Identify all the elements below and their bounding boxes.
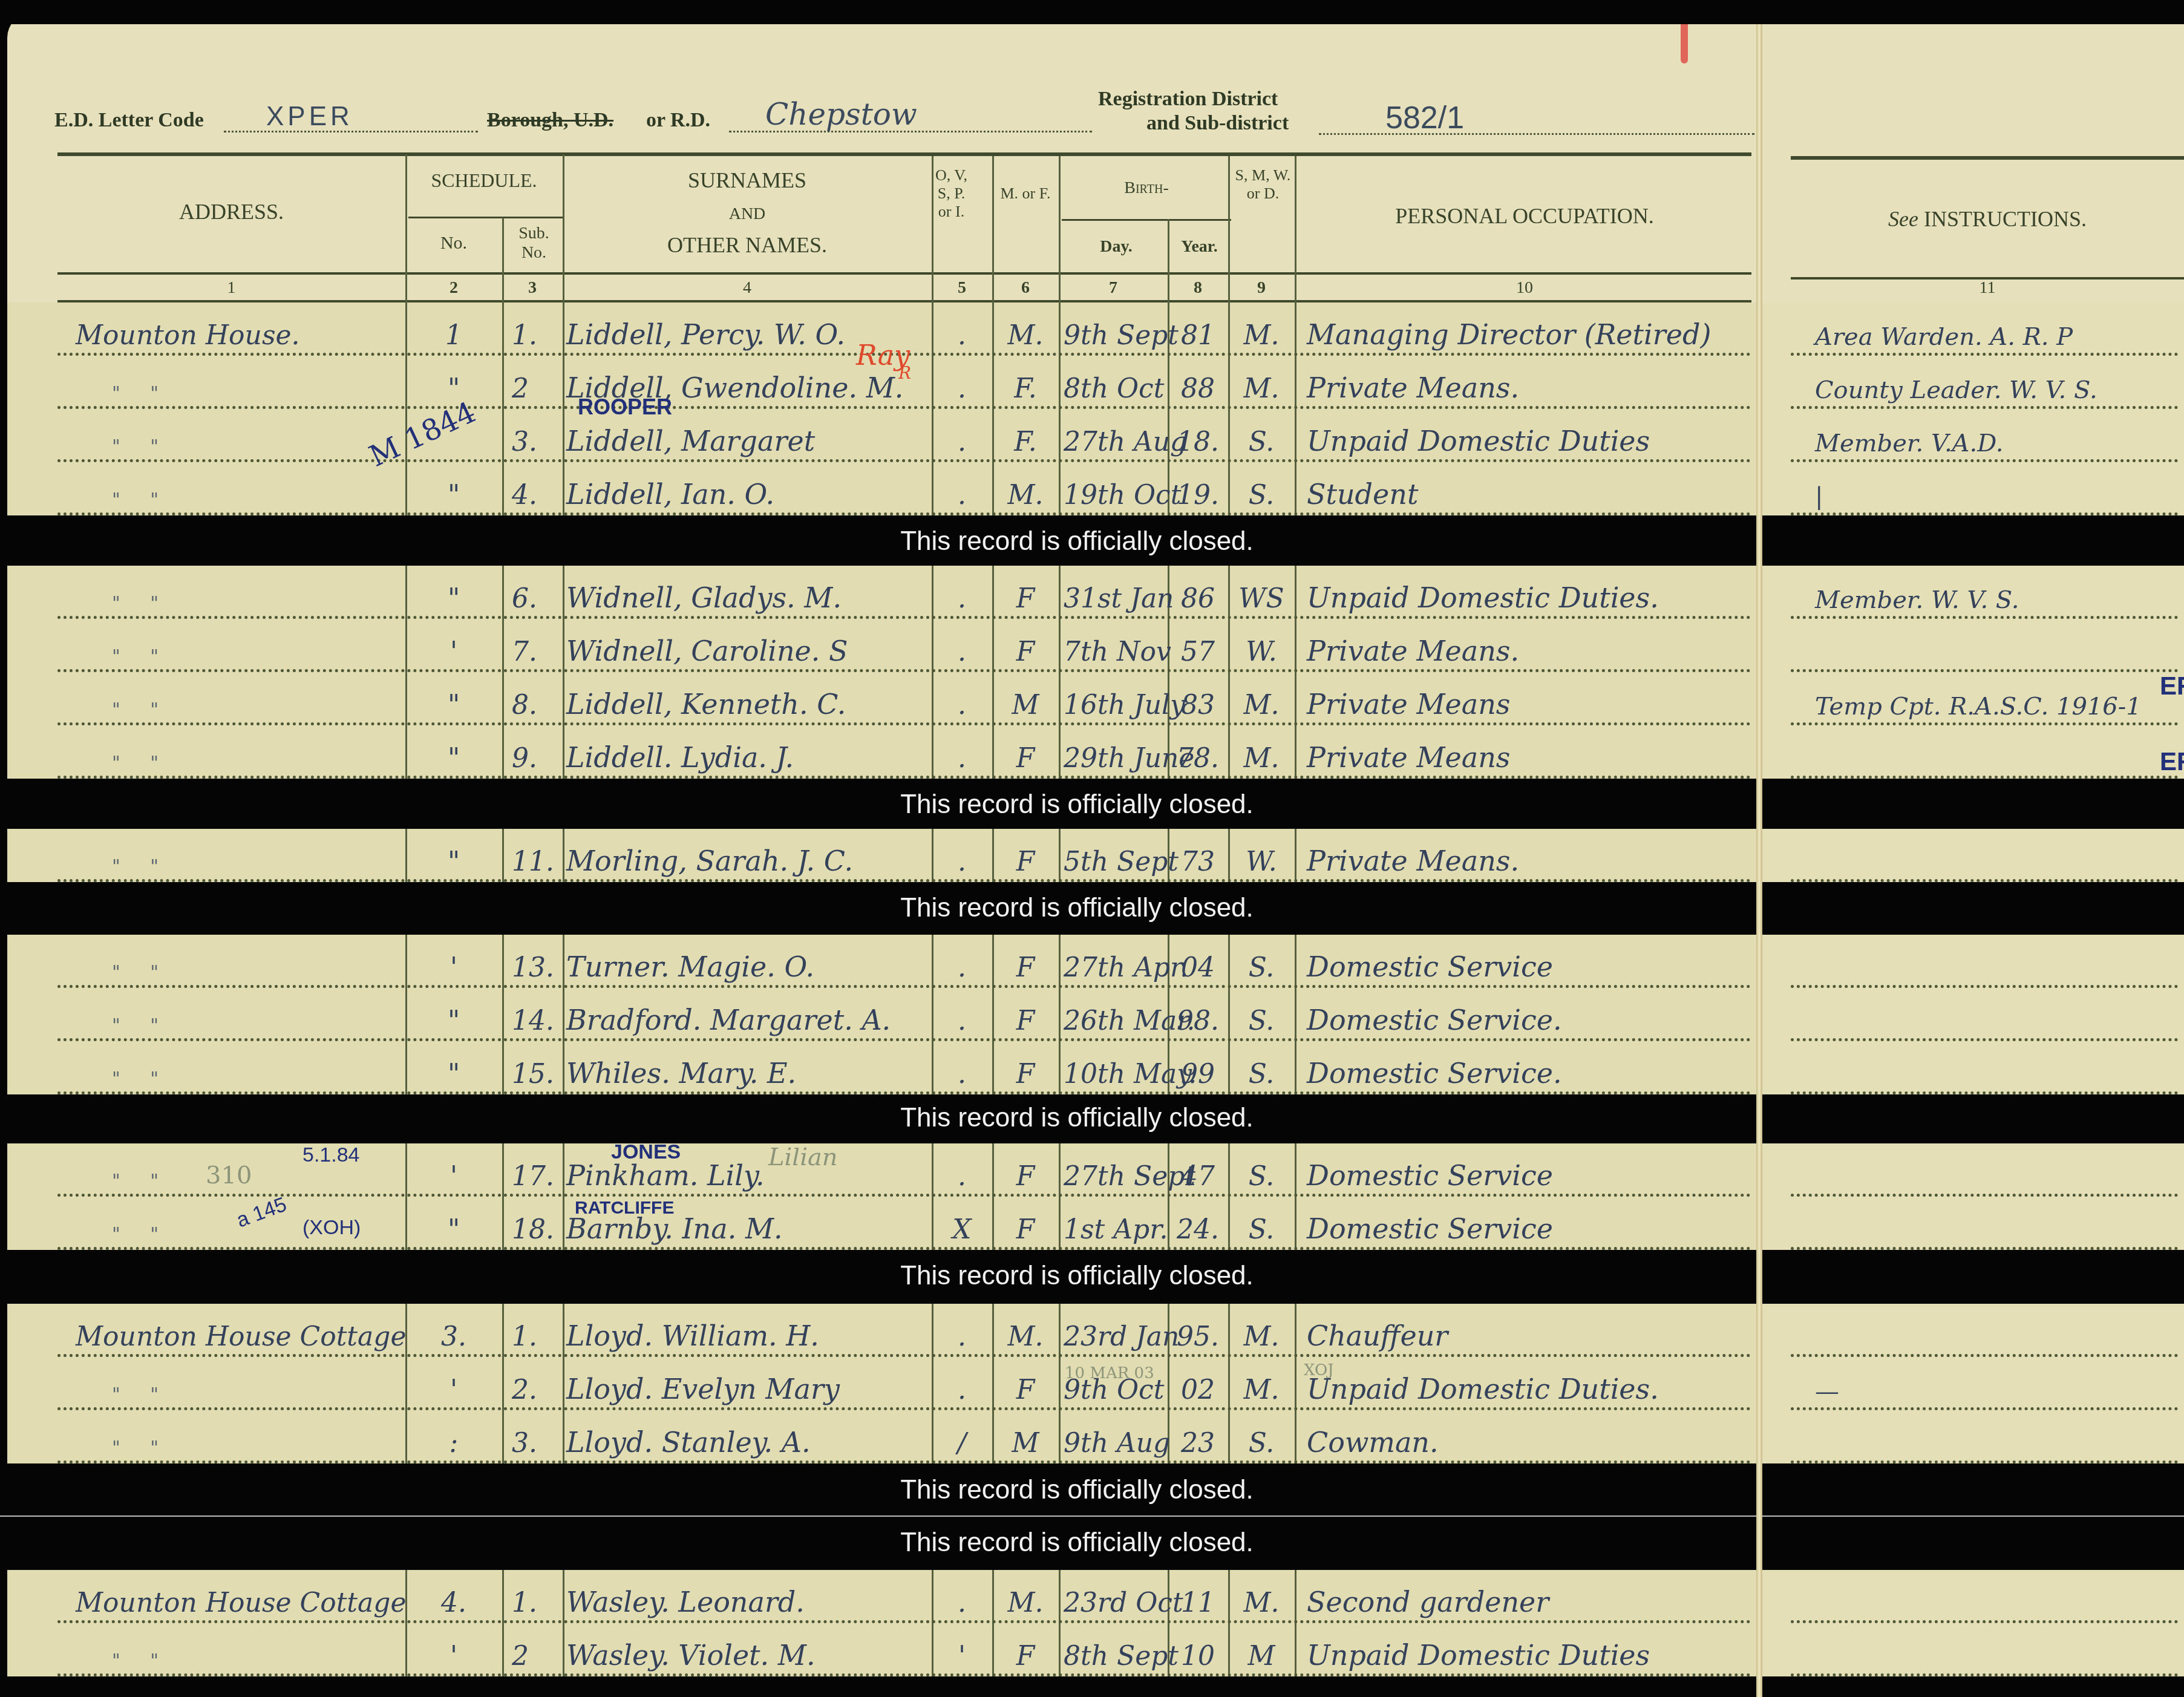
cell-name: Lloyd. William. H.	[566, 1319, 932, 1352]
cell-ovspi: X	[932, 1214, 992, 1245]
cell-sub: 1.	[512, 1587, 563, 1618]
cell-sched: "	[405, 1214, 502, 1245]
table-row[interactable]: " ""11.Morling, Sarah. J. C..F5th Sept73…	[0, 829, 2184, 882]
header-top-rule-right	[1791, 156, 2184, 160]
table-row[interactable]: " ""6.Widnell, Gladys. M..F31st Jan86WSU…	[0, 566, 2184, 619]
cell-sex: F	[992, 846, 1059, 877]
cell-sub: 13.	[512, 952, 563, 983]
cell-ovspi: .	[932, 846, 992, 877]
table-row[interactable]: " ""14.Bradford. Margaret. A..F26th Mar.…	[0, 988, 2184, 1041]
cell-sex: F	[992, 1161, 1059, 1192]
cell-day: 27th Apr.	[1064, 952, 1168, 983]
cell-sub: 7.	[512, 636, 563, 667]
cell-year: 04	[1168, 952, 1228, 983]
cell-ovspi: .	[932, 1321, 992, 1352]
cell-ovspi: .	[932, 320, 992, 351]
cell-sched: '	[405, 1375, 502, 1405]
cell-day: 16th July	[1064, 690, 1168, 721]
annotation-blue-rooper: ROOPER	[578, 394, 672, 420]
closed-record-bar: This record is officially closed.	[0, 882, 2184, 934]
cell-sub: 2	[512, 1641, 563, 1672]
cell-day: 27th Aug	[1064, 427, 1168, 457]
cell-status: S.	[1228, 952, 1295, 983]
annotation-blue-er-2: ER	[2160, 747, 2184, 776]
cell-address: " "	[76, 646, 442, 667]
cell-day: 26th Mar.	[1064, 1005, 1168, 1036]
cell-name: Pinkham. Lily.	[566, 1159, 932, 1192]
cell-occupation: Managing Director (Retired)	[1307, 318, 1754, 351]
cell-sched: '	[405, 952, 502, 983]
cell-year: 23	[1168, 1428, 1228, 1459]
cell-year: 24.	[1168, 1214, 1228, 1245]
closed-record-bar: This record is officially closed.	[0, 1250, 2184, 1301]
col-surnames: SURNAMES	[563, 168, 932, 193]
cell-sched: '	[405, 1641, 502, 1672]
cell-sex: F	[992, 1059, 1059, 1090]
cell-year: 57	[1168, 636, 1228, 667]
cell-status: W.	[1228, 846, 1295, 877]
cell-ovspi: .	[932, 1587, 992, 1618]
cell-sex: M	[992, 1428, 1059, 1459]
table-row[interactable]: " ""15.Whiles. Mary. E..F10th May.99S.Do…	[0, 1041, 2184, 1094]
cell-year: 99	[1168, 1059, 1228, 1090]
cell-sex: M.	[992, 320, 1059, 351]
cell-sex: F	[992, 1641, 1059, 1672]
table-row[interactable]: " ":3.Lloyd. Stanley. A./M9th Aug23S.Cow…	[0, 1410, 2184, 1463]
cell-occupation: Private Means.	[1307, 371, 1754, 404]
closed-record-notice: This record is officially closed.	[0, 893, 2154, 923]
record-strip: " ""11.Morling, Sarah. J. C..F5th Sept73…	[0, 829, 2184, 882]
closed-record-notice: This record is officially closed.	[0, 790, 2154, 820]
cell-day: 5th Sept	[1064, 846, 1168, 877]
cell-name: Liddell, Ian. O.	[566, 478, 932, 511]
cell-day: 19th Oct	[1064, 480, 1168, 511]
cell-status: M.	[1228, 1587, 1295, 1618]
cell-address: " "	[76, 856, 442, 877]
cell-sex: M.	[992, 480, 1059, 511]
cell-year: 18.	[1168, 427, 1228, 457]
closed-record-notice: This record is officially closed.	[0, 1475, 2154, 1505]
table-row[interactable]: " ""9.Liddell. Lydia. J..F29th June78.M.…	[0, 725, 2184, 779]
colnum-10: 10	[1295, 278, 1754, 298]
cell-sub: 8.	[512, 690, 563, 721]
registration-label-2: and Sub-district	[1146, 112, 1289, 135]
cell-occupation: Private Means	[1307, 741, 1754, 774]
cell-instructions: |	[1815, 483, 2178, 511]
cell-sub: 1.	[512, 320, 563, 351]
scan-top-edge	[0, 0, 2184, 24]
cell-status: W.	[1228, 636, 1295, 667]
colnum-1: 1	[57, 278, 405, 298]
cell-sub: 3.	[512, 427, 563, 457]
cell-day: 9th Aug	[1064, 1428, 1168, 1459]
closed-record-bar: This record is officially closed.	[0, 1094, 2184, 1142]
cell-status: M.	[1228, 1375, 1295, 1405]
cell-sub: 17.	[512, 1161, 563, 1192]
cell-sex: F.	[992, 427, 1059, 457]
cell-address: " "	[76, 489, 442, 511]
cell-sub: 15.	[512, 1059, 563, 1090]
register-page-left	[7, 13, 1757, 304]
cell-status: S.	[1228, 1005, 1295, 1036]
borough-label: or R.D.	[646, 109, 710, 132]
cell-sub: 18.	[512, 1214, 563, 1245]
cell-address: " "	[76, 1224, 442, 1245]
ed-letter-code-value: XPER	[266, 102, 353, 132]
cell-sub: 11.	[512, 846, 563, 877]
cell-occupation: Student	[1307, 478, 1754, 511]
annotation-blue-er-1: ER	[2160, 672, 2184, 701]
header-top-rule	[57, 152, 1751, 156]
birth-sub-rule	[1062, 219, 1231, 221]
table-row[interactable]: " ""2Liddell, Gwendoline. M..F.8th Oct88…	[0, 356, 2184, 409]
cell-name: Liddell, Margaret	[566, 425, 932, 457]
table-row[interactable]: Mounton House Cottage3.1.Lloyd. William.…	[0, 1304, 2184, 1357]
cell-status: S.	[1228, 427, 1295, 457]
cell-name: Widnell, Caroline. S	[566, 635, 932, 667]
cell-year: 19.	[1168, 480, 1228, 511]
cell-year: 02	[1168, 1375, 1228, 1405]
colnum-9: 9	[1228, 278, 1295, 298]
cell-occupation: Unpaid Domestic Duties.	[1307, 581, 1754, 614]
closed-record-notice: This record is officially closed.	[0, 1103, 2154, 1133]
cell-instructions: County Leader. W. V. S.	[1815, 376, 2178, 404]
cell-sched: '	[405, 636, 502, 667]
cell-address: Mounton House Cottage	[76, 1587, 405, 1618]
cell-sched: 4.	[405, 1587, 502, 1618]
cell-status: M	[1228, 1641, 1295, 1672]
cell-sched: 1	[405, 320, 502, 351]
cell-day: 29th June	[1064, 743, 1168, 774]
registration-line	[1319, 133, 1754, 135]
cell-name: Whiles. Mary. E.	[566, 1057, 932, 1090]
cell-ovspi: .	[932, 1005, 992, 1036]
cell-sub: 4.	[512, 480, 563, 511]
col-other-names: OTHER NAMES.	[563, 233, 932, 258]
cell-year: 11	[1168, 1587, 1228, 1618]
closed-record-notice: This record is officially closed.	[0, 526, 2154, 557]
cell-instructions: Area Warden. A. R. P	[1815, 323, 2178, 351]
col-instructions: See INSTRUCTIONS.	[1791, 207, 2184, 232]
cell-sched: "	[405, 1059, 502, 1090]
cell-address: " "	[76, 753, 442, 774]
col-sex: M. or F.	[995, 185, 1056, 203]
cell-ovspi: '	[932, 1641, 992, 1672]
cell-instructions: Member. W. V. S.	[1815, 586, 2178, 614]
col-schedule-sub: Sub. No.	[505, 224, 563, 263]
cell-name: Lloyd. Evelyn Mary	[566, 1373, 932, 1405]
cell-address: " "	[76, 1650, 442, 1672]
cell-sched: "	[405, 1005, 502, 1036]
cell-day: 8th Sept	[1064, 1641, 1168, 1672]
cell-sub: 6.	[512, 583, 563, 614]
cell-ovspi: .	[932, 583, 992, 614]
cell-sub: 9.	[512, 743, 563, 774]
cell-address: " "	[76, 699, 442, 721]
record-strip: " "'13.Turner. Magie. O..F27th Apr.04S.D…	[0, 935, 2184, 1094]
cell-occupation: Unpaid Domestic Duties	[1307, 1639, 1754, 1672]
cell-occupation: Private Means.	[1307, 845, 1754, 877]
cell-year: 88	[1168, 373, 1228, 404]
register-page-right	[1761, 24, 2184, 304]
cell-instructions: —	[1815, 1378, 2178, 1405]
cell-occupation: Private Means	[1307, 688, 1754, 721]
cell-day: 23rd Jan	[1064, 1321, 1168, 1352]
cell-occupation: Chauffeur	[1307, 1319, 1754, 1352]
cell-address: " "	[76, 1068, 442, 1090]
cell-status: WS	[1228, 583, 1295, 614]
cell-occupation: Second gardener	[1307, 1586, 1754, 1618]
col-occupation: PERSONAL OCCUPATION.	[1295, 204, 1754, 229]
colnum-8: 8	[1168, 278, 1228, 298]
annotation-blue-date: 5.1.84	[302, 1143, 360, 1167]
cell-sex: F	[992, 1375, 1059, 1405]
cell-sched: 3.	[405, 1321, 502, 1352]
cell-sched: "	[405, 846, 502, 877]
cell-status: M.	[1228, 690, 1295, 721]
table-row[interactable]: " "'7.Widnell, Caroline. S.F7th Nov57W.P…	[0, 619, 2184, 672]
col-birth-day: Day.	[1062, 237, 1171, 257]
cell-day: 23rd Oct	[1064, 1587, 1168, 1618]
cell-sched: "	[405, 373, 502, 404]
col-address: ADDRESS.	[57, 200, 405, 224]
annotation-faint-date: 10 MAR 03	[1065, 1364, 1154, 1382]
cell-name: Morling, Sarah. J. C.	[566, 845, 932, 877]
cell-address: " "	[76, 1171, 442, 1192]
cell-occupation: Private Means.	[1307, 635, 1754, 667]
cell-name: Wasley. Leonard.	[566, 1586, 932, 1618]
cell-sex: F	[992, 952, 1059, 983]
cell-address: " "	[76, 383, 442, 404]
cell-ovspi: .	[932, 1375, 992, 1405]
cell-name: Bradford. Margaret. A.	[566, 1004, 932, 1036]
table-row[interactable]: " ""8.Liddell, Kenneth. C..M16th July83M…	[0, 672, 2184, 725]
cell-sched: "	[405, 583, 502, 614]
annotation-red-r: R	[898, 363, 911, 383]
cell-day: 8th Oct	[1064, 373, 1168, 404]
closed-record-bar: This record is officially closed.	[0, 779, 2184, 830]
cell-year: 83	[1168, 690, 1228, 721]
cell-status: S.	[1228, 1059, 1295, 1090]
table-row[interactable]: Mounton House.11.Liddell, Percy. W. O..M…	[0, 302, 2184, 356]
cell-occupation: Domestic Service	[1307, 950, 1754, 983]
cell-year: 73	[1168, 846, 1228, 877]
colnum-7: 7	[1059, 278, 1168, 298]
cell-sub: 14.	[512, 1005, 563, 1036]
cell-sub: 2	[512, 373, 563, 404]
table-row[interactable]: " ""4.Liddell, Ian. O..M.19th Oct19.S.St…	[0, 462, 2184, 515]
cell-sched: "	[405, 743, 502, 774]
cell-day: 9th Sept	[1064, 320, 1168, 351]
record-strip: Mounton House Cottage4.1.Wasley. Leonard…	[0, 1570, 2184, 1676]
header-bottom-rule	[57, 272, 1751, 275]
cell-occupation: Domestic Service.	[1307, 1057, 1754, 1090]
cell-name: Turner. Magie. O.	[566, 950, 932, 983]
cell-address: " "	[76, 962, 442, 983]
annotation-blue-xoh: (XOH)	[302, 1216, 361, 1240]
cell-ovspi: .	[932, 1059, 992, 1090]
cell-status: M.	[1228, 320, 1295, 351]
cell-status: S.	[1228, 480, 1295, 511]
cell-name: Lloyd. Stanley. A.	[566, 1426, 932, 1459]
colnum-3: 3	[502, 278, 563, 298]
cell-name: Liddell, Kenneth. C.	[566, 688, 932, 721]
cell-day: 7th Nov	[1064, 636, 1168, 667]
cell-sex: F	[992, 743, 1059, 774]
cell-year: 86	[1168, 583, 1228, 614]
table-row[interactable]: " "'13.Turner. Magie. O..F27th Apr.04S.D…	[0, 935, 2184, 988]
row-rule-right	[1791, 1673, 2178, 1676]
cell-sched: "	[405, 690, 502, 721]
cell-ovspi: .	[932, 427, 992, 457]
cell-sub: 3.	[512, 1428, 563, 1459]
cell-status: S.	[1228, 1428, 1295, 1459]
annotation-faint-lilian: Lilian	[768, 1143, 838, 1171]
cell-year: 78.	[1168, 743, 1228, 774]
cell-day: 31st Jan	[1064, 583, 1168, 614]
cell-address: Mounton House Cottage	[76, 1321, 405, 1352]
cell-year: 95.	[1168, 1321, 1228, 1352]
closed-record-bar: This record is officially closed.	[0, 515, 2184, 567]
cell-address: " "	[76, 1015, 442, 1036]
col-instructions-see: See	[1888, 207, 1918, 231]
cell-ovspi: .	[932, 743, 992, 774]
cell-sex: M.	[992, 1321, 1059, 1352]
cell-instructions: Member. V.A.D.	[1815, 430, 2178, 457]
cell-sub: 1.	[512, 1321, 563, 1352]
col-birth-year: Year.	[1171, 237, 1228, 257]
col-schedule: SCHEDULE.	[405, 169, 563, 192]
cell-status: M.	[1228, 1321, 1295, 1352]
colnum-11: 11	[1791, 278, 2184, 298]
cell-sex: M	[992, 690, 1059, 721]
cell-ovspi: .	[932, 480, 992, 511]
cell-ovspi: .	[932, 690, 992, 721]
cell-occupation: Unpaid Domestic Duties.	[1307, 1373, 1754, 1405]
table-row[interactable]: Mounton House Cottage4.1.Wasley. Leonard…	[0, 1570, 2184, 1623]
record-strip: " ""6.Widnell, Gladys. M..F31st Jan86WSU…	[0, 566, 2184, 779]
cell-name: Liddell. Lydia. J.	[566, 741, 932, 774]
cell-ovspi: .	[932, 636, 992, 667]
colnum-6: 6	[992, 278, 1059, 298]
closed-record-notice: This record is officially closed.	[0, 1261, 2154, 1291]
ed-letter-code-label: E.D. Letter Code	[54, 109, 204, 132]
cell-sex: F.	[992, 373, 1059, 404]
cell-occupation: Cowman.	[1307, 1426, 1754, 1459]
col-schedule-no: No.	[405, 233, 502, 254]
record-strip: Mounton House.11.Liddell, Percy. W. O..M…	[0, 302, 2184, 515]
schedule-sub-rule	[408, 217, 563, 218]
annotation-faint-xoj: XOJ	[1304, 1361, 1334, 1379]
closed-record-bar: This record is officially closed.	[0, 1463, 2184, 1517]
cell-address: " "	[76, 1437, 442, 1459]
cell-sex: F	[992, 1005, 1059, 1036]
table-row[interactable]: " "3.Liddell, Margaret.F.27th Aug18.S.Un…	[0, 409, 2184, 462]
table-row[interactable]: " "'2Wasley. Violet. M.'F8th Sept10MUnpa…	[0, 1623, 2184, 1676]
col-marital: S, M, W. or D.	[1234, 166, 1292, 203]
colnum-4: 4	[563, 278, 932, 298]
col-ovspi: O, V, S, P. or I.	[935, 166, 968, 221]
registration-value: 582/1	[1385, 100, 1464, 136]
cell-year: 47	[1168, 1161, 1228, 1192]
cell-sex: M.	[992, 1587, 1059, 1618]
cell-address: " "	[76, 593, 442, 614]
registration-label-1: Registration District	[1098, 88, 1278, 111]
cell-sched: :	[405, 1428, 502, 1459]
cell-ovspi: .	[932, 373, 992, 404]
borough-label-struck: Borough, U.D.	[487, 109, 613, 132]
closed-record-notice: This record is officially closed.	[0, 1528, 2154, 1558]
colnum-5: 5	[932, 278, 992, 298]
cell-ovspi: .	[932, 952, 992, 983]
cell-name: Wasley. Violet. M.	[566, 1639, 932, 1672]
cell-ovspi: .	[932, 1161, 992, 1192]
annotation-blue-ratcliffe: RATCLIFFE	[575, 1198, 674, 1218]
cell-status: M.	[1228, 373, 1295, 404]
cell-occupation: Domestic Service.	[1307, 1004, 1754, 1036]
cell-occupation: Unpaid Domestic Duties	[1307, 425, 1754, 457]
row-rule	[57, 1673, 1751, 1676]
cell-sex: F	[992, 636, 1059, 667]
cell-day: 27th Sept	[1064, 1161, 1168, 1192]
cell-occupation: Domestic Service	[1307, 1212, 1754, 1245]
cell-year: 81	[1168, 320, 1228, 351]
col-instructions-label: INSTRUCTIONS.	[1924, 207, 2087, 231]
colnum-2: 2	[405, 278, 502, 298]
annotation-blue-jones: JONES	[611, 1140, 681, 1164]
cell-status: S.	[1228, 1214, 1295, 1245]
cell-occupation: Domestic Service	[1307, 1159, 1754, 1192]
cell-ovspi: /	[932, 1428, 992, 1459]
cell-address: " "	[76, 1384, 442, 1405]
annotation-faint-310: 310	[206, 1162, 252, 1189]
cell-name: Widnell, Gladys. M.	[566, 581, 932, 614]
col-and: AND	[563, 204, 932, 224]
cell-year: 98.	[1168, 1005, 1228, 1036]
cell-instructions: Temp Cpt. R.A.S.C. 1916-1	[1815, 693, 2178, 721]
cell-year: 10	[1168, 1641, 1228, 1672]
cell-status: M.	[1228, 743, 1295, 774]
cell-sex: F	[992, 1214, 1059, 1245]
cell-day: 10th May.	[1064, 1059, 1168, 1090]
cell-sex: F	[992, 583, 1059, 614]
cell-sched: '	[405, 1161, 502, 1192]
cell-address: Mounton House.	[76, 320, 405, 351]
cell-sub: 2.	[512, 1375, 563, 1405]
cell-day: 1st Apr.	[1064, 1214, 1168, 1245]
cell-sched: "	[405, 480, 502, 511]
record-strip: Mounton House Cottage3.1.Lloyd. William.…	[0, 1304, 2184, 1463]
closed-record-bar: This record is officially closed.	[0, 1517, 2184, 1568]
cell-status: S.	[1228, 1161, 1295, 1192]
page-fold	[1756, 12, 1762, 1697]
col-birth: Birth-	[1062, 178, 1231, 198]
borough-value: Chepstow	[765, 97, 917, 132]
